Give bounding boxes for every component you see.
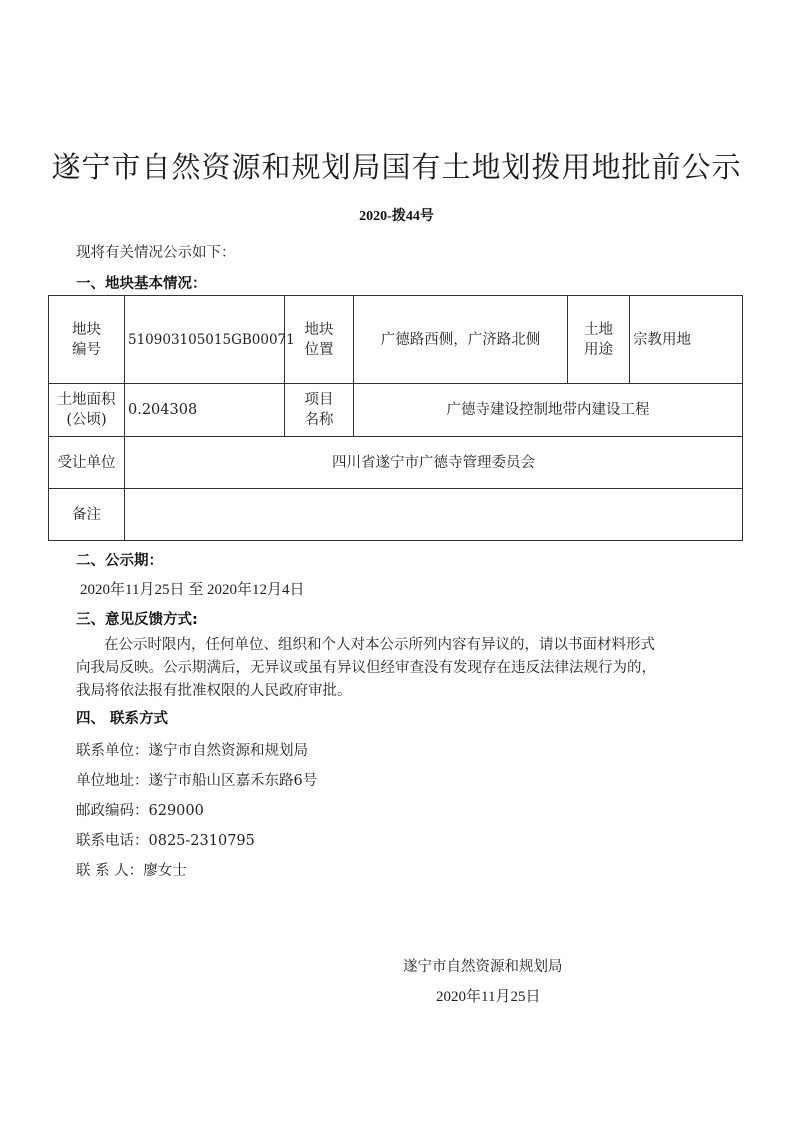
transferee-value: 四川省遂宁市广德寺管理委员会: [125, 437, 743, 489]
table-row: 地块 编号 510903105015GB00071 地块 位置 广德路西侧，广济…: [49, 296, 743, 384]
parcel-number-value: 510903105015GB00071: [125, 296, 285, 384]
land-use-value: 宗教用地: [630, 296, 743, 384]
table-row: 土地面积 (公顷) 0.204308 项目 名称 广德寺建设控制地带内建设工程: [49, 384, 743, 437]
land-use-label: 土地 用途: [568, 296, 630, 384]
contact-person: 联 系 人：廖女士: [76, 859, 187, 880]
remarks-label: 备注: [49, 489, 125, 541]
publicity-period: 2020年11月25日 至 2020年12月4日: [80, 578, 304, 599]
document-title: 遂宁市自然资源和规划局国有土地划拨用地批前公示: [0, 145, 793, 186]
transferee-label: 受让单位: [49, 437, 125, 489]
section3-heading: 三、意见反馈方式:: [76, 608, 198, 629]
land-area-label: 土地面积 (公顷): [49, 384, 125, 437]
contact-phone: 联系电话：0825-2310795: [76, 829, 255, 850]
parcel-location-label: 地块 位置: [285, 296, 354, 384]
document-number: 2020-拨44号: [0, 205, 793, 225]
land-area-value: 0.204308: [125, 384, 285, 437]
table-row: 备注: [49, 489, 743, 541]
table-row: 受让单位 四川省遂宁市广德寺管理委员会: [49, 437, 743, 489]
signature-date: 2020年11月25日: [436, 985, 540, 1006]
contact-address: 单位地址：遂宁市船山区嘉禾东路6号: [76, 769, 317, 790]
contact-postcode: 邮政编码：629000: [76, 799, 204, 820]
remarks-value: [125, 489, 743, 541]
signature-org: 遂宁市自然资源和规划局: [403, 955, 563, 976]
parcel-info-table: 地块 编号 510903105015GB00071 地块 位置 广德路西侧，广济…: [48, 295, 743, 541]
intro-text: 现将有关情况公示如下：: [76, 241, 236, 262]
feedback-paragraph: 在公示时限内，任何单位、组织和个人对本公示所列内容有异议的，请以书面材料形式 向…: [76, 634, 726, 703]
project-name-value: 广德寺建设控制地带内建设工程: [354, 384, 743, 437]
contact-unit: 联系单位：遂宁市自然资源和规划局: [76, 739, 308, 760]
section4-heading: 四、 联系方式: [76, 707, 168, 728]
parcel-location-value: 广德路西侧，广济路北侧: [354, 296, 568, 384]
parcel-number-label: 地块 编号: [49, 296, 125, 384]
section2-heading: 二、公示期：: [76, 549, 163, 570]
project-name-label: 项目 名称: [285, 384, 354, 437]
section1-heading: 一、地块基本情况：: [76, 272, 207, 293]
